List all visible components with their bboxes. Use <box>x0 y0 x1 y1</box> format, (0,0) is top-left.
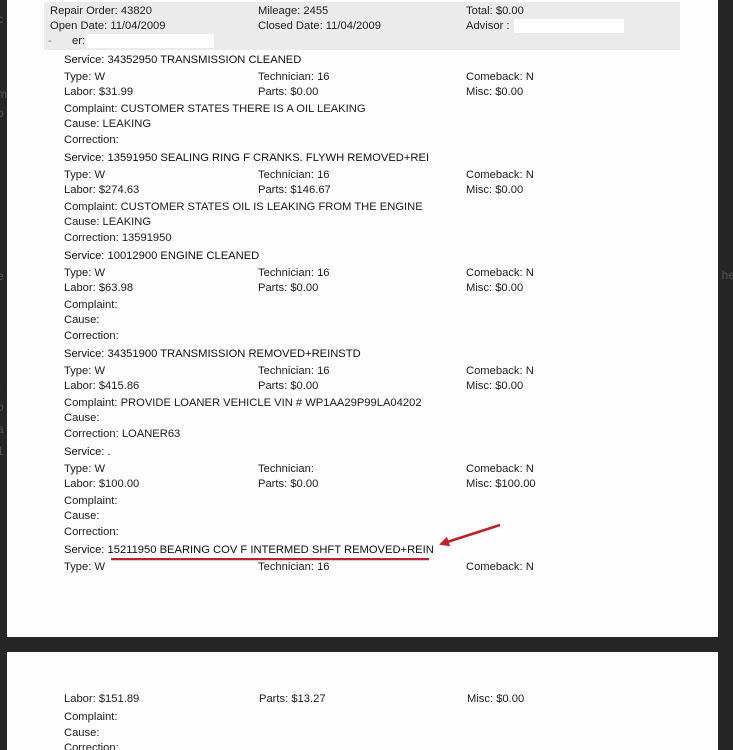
service-parts: Parts: $13.27 <box>259 692 326 706</box>
background-text-fragment: b <box>0 106 4 120</box>
service-labor: Labor: $151.89 <box>64 692 139 706</box>
document-page-1: Repair Order: 43820 Mileage: 2455 Total:… <box>7 0 718 637</box>
background-text-fragment: b <box>0 400 4 414</box>
service-correction: Correction: <box>64 741 119 750</box>
background-text-fragment: a <box>0 422 4 436</box>
background-text-fragment: he <box>722 268 733 282</box>
background-text-fragment: 1 <box>0 444 4 458</box>
document-page-2: Labor: $151.89 Parts: $13.27 Misc: $0.00… <box>7 652 718 750</box>
background-text-fragment: e <box>0 269 4 283</box>
red-arrow-annotation <box>7 0 718 637</box>
background-text-fragment: c <box>0 12 3 26</box>
background-text-fragment: m <box>0 87 7 101</box>
service-misc: Misc: $0.00 <box>467 692 524 706</box>
service-cause: Cause: <box>64 726 99 740</box>
service-complaint: Complaint: <box>64 710 117 724</box>
